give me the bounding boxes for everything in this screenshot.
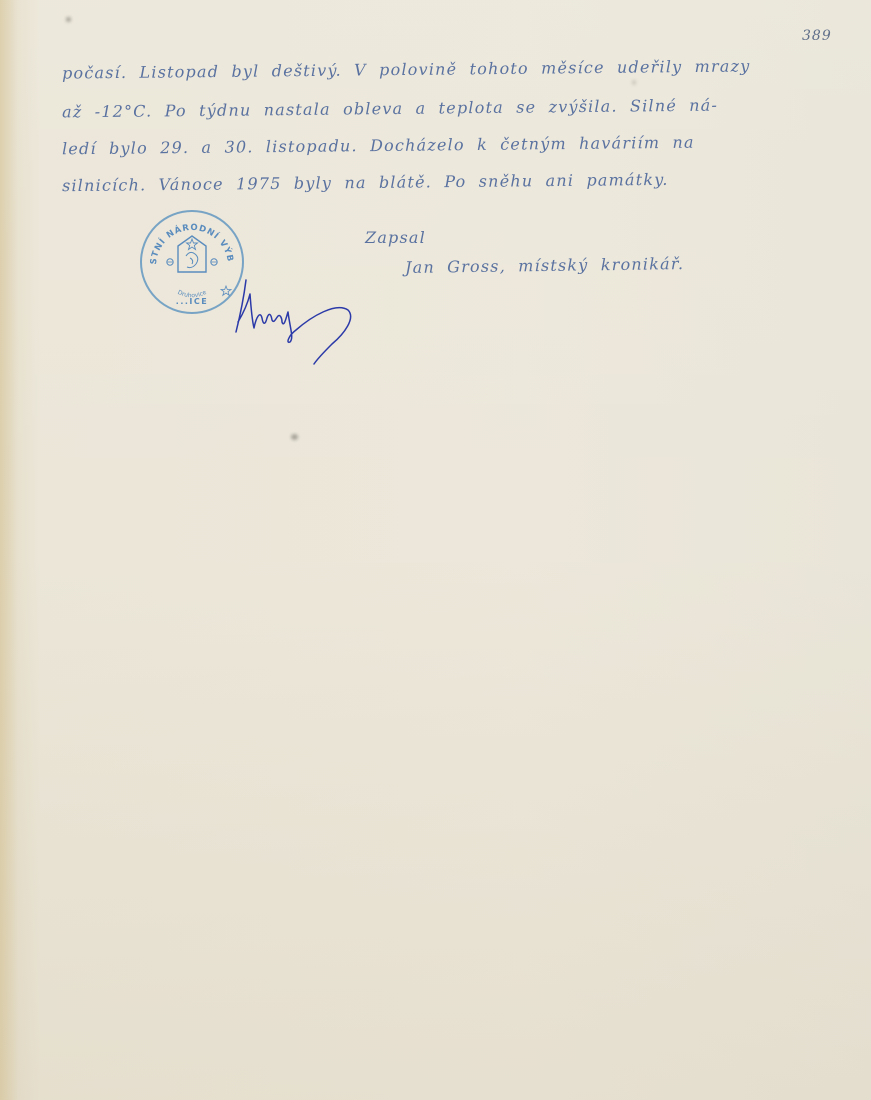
handwritten-line: až -12°C. Po týdnu nastala obleva a tepl…	[62, 96, 718, 122]
signoff-label: Zapsal	[365, 228, 426, 247]
handwritten-line: silnicích. Vánoce 1975 byly na blátě. Po…	[62, 170, 669, 195]
handwritten-line: počasí. Listopad byl deštivý. V polovině…	[62, 56, 751, 82]
paper-spot	[66, 17, 71, 22]
signoff-name: Jan Gross, místský kronikář.	[405, 254, 684, 277]
page-number: 389	[802, 28, 832, 44]
handwritten-line: ledí bylo 29. a 30. listopadu. Docházelo…	[62, 133, 695, 159]
document-page: 389 počasí. Listopad byl deštivý. V polo…	[0, 0, 871, 1100]
stamp-icon: MÍSTNÍ NÁRODNÍ VÝBOR Druhovice ...ICE	[142, 212, 242, 312]
signature	[232, 272, 357, 367]
page-edge-shadow	[0, 0, 18, 1100]
paper-spot	[632, 80, 636, 85]
paper-spot	[291, 434, 298, 440]
official-stamp: MÍSTNÍ NÁRODNÍ VÝBOR Druhovice ...ICE	[140, 210, 244, 314]
svg-text:...ICE: ...ICE	[176, 297, 208, 306]
